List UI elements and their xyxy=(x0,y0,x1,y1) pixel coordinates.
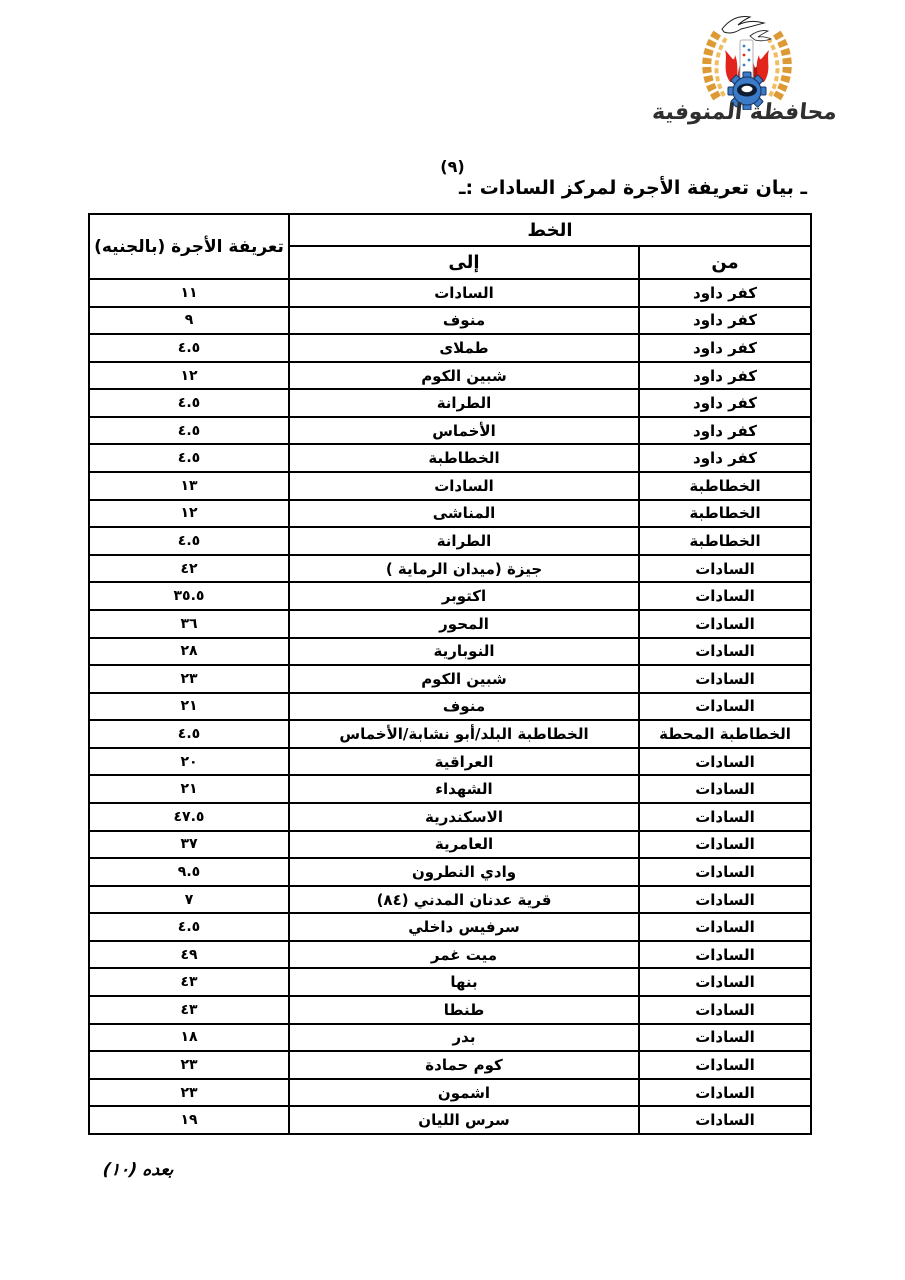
to-cell: بدر xyxy=(289,1024,639,1052)
from-cell: السادات xyxy=(639,693,811,721)
to-cell: اكتوبر xyxy=(289,582,639,610)
to-cell: قرية عدنان المدني (٨٤) xyxy=(289,886,639,914)
table-row: الساداتالنوبارية٢٨ xyxy=(89,638,811,666)
table-row: الساداتالشهداء٢١ xyxy=(89,775,811,803)
from-cell: السادات xyxy=(639,996,811,1024)
fare-cell: ٢٠ xyxy=(89,748,289,776)
from-cell: الخطاطبة xyxy=(639,527,811,555)
from-cell: السادات xyxy=(639,913,811,941)
fare-cell: ٢٣ xyxy=(89,1079,289,1107)
fare-cell: ٣٥.٥ xyxy=(89,582,289,610)
table-row: الساداتالاسكندرية٤٧.٥ xyxy=(89,803,811,831)
fare-cell: ٢٣ xyxy=(89,1051,289,1079)
to-cell: العامرية xyxy=(289,831,639,859)
to-cell: كوم حمادة xyxy=(289,1051,639,1079)
governorate-name: محافظة المنوفية xyxy=(656,100,839,125)
table-row: الساداتاكتوبر٣٥.٥ xyxy=(89,582,811,610)
table-row: الساداتطنطا٤٣ xyxy=(89,996,811,1024)
to-cell: طنطا xyxy=(289,996,639,1024)
fare-cell: ٤٩ xyxy=(89,941,289,969)
table-row: الساداتالعراقية٢٠ xyxy=(89,748,811,776)
fare-cell: ٤٣ xyxy=(89,968,289,996)
fare-cell: ٢١ xyxy=(89,775,289,803)
to-cell: وادي النطرون xyxy=(289,858,639,886)
from-cell: السادات xyxy=(639,638,811,666)
from-cell: السادات xyxy=(639,1079,811,1107)
from-cell: كفر داود xyxy=(639,389,811,417)
line-header: الخط xyxy=(289,214,811,246)
to-cell: سرفيس داخلي xyxy=(289,913,639,941)
to-cell: الخطاطبة xyxy=(289,444,639,472)
fare-cell: ١٢ xyxy=(89,362,289,390)
fare-cell: ١٨ xyxy=(89,1024,289,1052)
to-cell: منوف xyxy=(289,693,639,721)
table-row: كفر داودالسادات١١ xyxy=(89,279,811,307)
to-cell: النوبارية xyxy=(289,638,639,666)
fare-cell: ٤٧.٥ xyxy=(89,803,289,831)
fare-cell: ٢٨ xyxy=(89,638,289,666)
from-cell: السادات xyxy=(639,1051,811,1079)
dove-icon xyxy=(722,17,771,41)
to-header: إلى xyxy=(289,246,639,279)
fare-cell: ٣٧ xyxy=(89,831,289,859)
fare-cell: ٤.٥ xyxy=(89,417,289,445)
page-title: ـ بيان تعريفة الأجرة لمركز السادات :ـ xyxy=(459,177,807,199)
to-cell: بنها xyxy=(289,968,639,996)
to-cell: المناشى xyxy=(289,500,639,528)
from-cell: كفر داود xyxy=(639,279,811,307)
to-cell: شبين الكوم xyxy=(289,665,639,693)
table-row: الخطاطبة المحطةالخطاطبة البلد/أبو نشابة/… xyxy=(89,720,811,748)
table-row: الساداتسرفيس داخلي٤.٥ xyxy=(89,913,811,941)
document-page: محافظة المنوفية (٩) ـ بيان تعريفة الأجرة… xyxy=(0,0,905,1280)
fare-cell: ٤.٥ xyxy=(89,334,289,362)
next-page-note: بعده (١٠) xyxy=(102,1160,175,1180)
table-row: الساداتجيزة (ميدان الرماية )٤٢ xyxy=(89,555,811,583)
to-cell: جيزة (ميدان الرماية ) xyxy=(289,555,639,583)
to-cell: الشهداء xyxy=(289,775,639,803)
table-row: الساداتشبين الكوم٢٣ xyxy=(89,665,811,693)
table-row: الخطاطبةالسادات١٣ xyxy=(89,472,811,500)
fare-cell: ٤٢ xyxy=(89,555,289,583)
from-cell: السادات xyxy=(639,941,811,969)
to-cell: اشمون xyxy=(289,1079,639,1107)
from-cell: السادات xyxy=(639,582,811,610)
to-cell: سرس الليان xyxy=(289,1106,639,1134)
fare-cell: ٢١ xyxy=(89,693,289,721)
table-row: الساداتسرس الليان١٩ xyxy=(89,1106,811,1134)
from-cell: الخطاطبة xyxy=(639,472,811,500)
governorate-logo: محافظة المنوفية xyxy=(657,12,837,125)
header-row-line: الخط تعريفة الأجرة (بالجنيه) xyxy=(89,214,811,246)
from-cell: السادات xyxy=(639,803,811,831)
table-row: الساداتالمحور٣٦ xyxy=(89,610,811,638)
from-cell: كفر داود xyxy=(639,444,811,472)
fare-cell: ٤٣ xyxy=(89,996,289,1024)
fare-table-body: كفر داودالسادات١١كفر داودمنوف٩كفر داودطم… xyxy=(89,279,811,1134)
fare-cell: ١٩ xyxy=(89,1106,289,1134)
from-cell: كفر داود xyxy=(639,417,811,445)
governorate-emblem-icon xyxy=(684,12,810,110)
to-cell: السادات xyxy=(289,279,639,307)
table-row: الساداتقرية عدنان المدني (٨٤)٧ xyxy=(89,886,811,914)
fare-cell: ٤.٥ xyxy=(89,444,289,472)
from-cell: السادات xyxy=(639,1106,811,1134)
table-row: كفر داودطملاى٤.٥ xyxy=(89,334,811,362)
table-row: الخطاطبةالطرانة٤.٥ xyxy=(89,527,811,555)
fare-cell: ٤.٥ xyxy=(89,913,289,941)
table-row: كفر داودشبين الكوم١٢ xyxy=(89,362,811,390)
table-row: كفر داودالطرانة٤.٥ xyxy=(89,389,811,417)
from-cell: السادات xyxy=(639,555,811,583)
from-cell: الخطاطبة xyxy=(639,500,811,528)
fare-cell: ٩ xyxy=(89,307,289,335)
from-cell: السادات xyxy=(639,968,811,996)
fare-cell: ٣٦ xyxy=(89,610,289,638)
fare-header: تعريفة الأجرة (بالجنيه) xyxy=(89,214,289,279)
to-cell: ميت غمر xyxy=(289,941,639,969)
from-header: من xyxy=(639,246,811,279)
to-cell: الطرانة xyxy=(289,527,639,555)
fare-cell: ١٣ xyxy=(89,472,289,500)
from-cell: كفر داود xyxy=(639,307,811,335)
table-row: الساداتوادي النطرون٩.٥ xyxy=(89,858,811,886)
table-row: الساداتالعامرية٣٧ xyxy=(89,831,811,859)
to-cell: الأخماس xyxy=(289,417,639,445)
fare-cell: ٧ xyxy=(89,886,289,914)
to-cell: المحور xyxy=(289,610,639,638)
fare-cell: ٢٣ xyxy=(89,665,289,693)
from-cell: السادات xyxy=(639,748,811,776)
table-row: الساداتكوم حمادة٢٣ xyxy=(89,1051,811,1079)
to-cell: الاسكندرية xyxy=(289,803,639,831)
from-cell: السادات xyxy=(639,1024,811,1052)
to-cell: السادات xyxy=(289,472,639,500)
from-cell: السادات xyxy=(639,610,811,638)
to-cell: منوف xyxy=(289,307,639,335)
from-cell: السادات xyxy=(639,886,811,914)
to-cell: شبين الكوم xyxy=(289,362,639,390)
fare-cell: ١١ xyxy=(89,279,289,307)
table-row: الساداتبنها٤٣ xyxy=(89,968,811,996)
table-row: كفر داودالأخماس٤.٥ xyxy=(89,417,811,445)
from-cell: السادات xyxy=(639,858,811,886)
table-row: الساداتاشمون٢٣ xyxy=(89,1079,811,1107)
table-row: الساداتميت غمر٤٩ xyxy=(89,941,811,969)
to-cell: العراقية xyxy=(289,748,639,776)
fare-cell: ٩.٥ xyxy=(89,858,289,886)
from-cell: السادات xyxy=(639,775,811,803)
to-cell: الطرانة xyxy=(289,389,639,417)
to-cell: طملاى xyxy=(289,334,639,362)
from-cell: السادات xyxy=(639,831,811,859)
fare-table: الخط تعريفة الأجرة (بالجنيه) من إلى كفر … xyxy=(88,213,812,1135)
from-cell: كفر داود xyxy=(639,334,811,362)
from-cell: كفر داود xyxy=(639,362,811,390)
fare-cell: ١٢ xyxy=(89,500,289,528)
fare-cell: ٤.٥ xyxy=(89,527,289,555)
fare-cell: ٤.٥ xyxy=(89,720,289,748)
table-row: الخطاطبةالمناشى١٢ xyxy=(89,500,811,528)
from-cell: السادات xyxy=(639,665,811,693)
page-number: (٩) xyxy=(0,157,905,176)
table-row: الساداتمنوف٢١ xyxy=(89,693,811,721)
table-row: الساداتبدر١٨ xyxy=(89,1024,811,1052)
fare-cell: ٤.٥ xyxy=(89,389,289,417)
to-cell: الخطاطبة البلد/أبو نشابة/الأخماس xyxy=(289,720,639,748)
table-row: كفر داودالخطاطبة٤.٥ xyxy=(89,444,811,472)
table-row: كفر داودمنوف٩ xyxy=(89,307,811,335)
from-cell: الخطاطبة المحطة xyxy=(639,720,811,748)
